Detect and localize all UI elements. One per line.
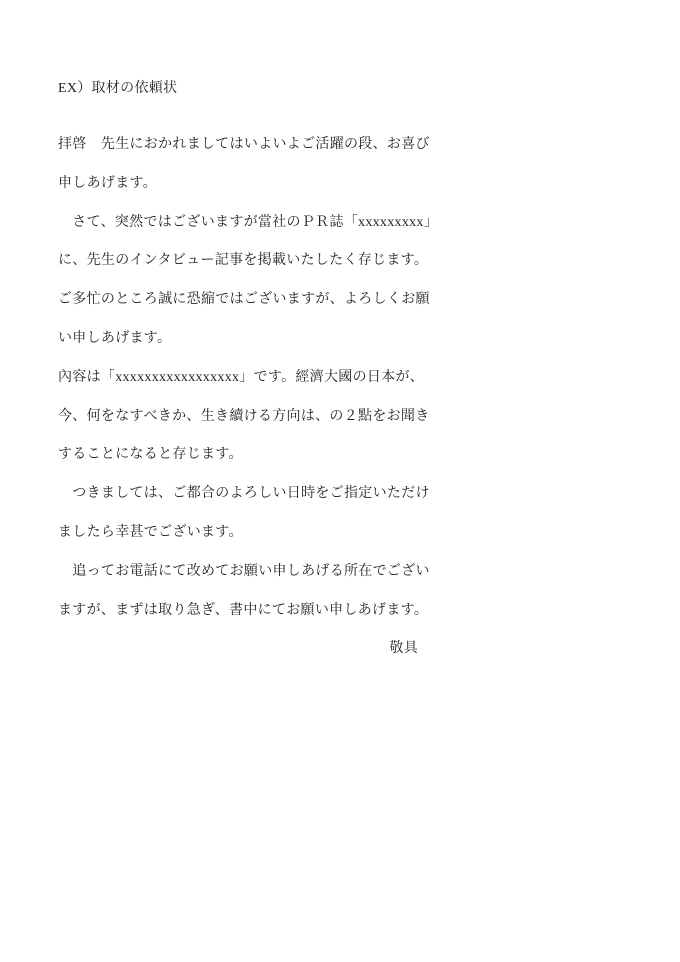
document-page: EX）取材の依頼状 拝啓 先生におかれましてはいよいよご活躍の段、お喜び 申しあ… xyxy=(0,0,680,962)
letter-line: 拝啓 先生におかれましてはいよいよご活躍の段、お喜び xyxy=(58,126,430,165)
letter-line: に、先生のインタビュー記事を掲載いたしたく存じます。 xyxy=(58,242,430,281)
letter-line: さて、突然ではございますが當社のＰＲ誌「xxxxxxxxx」 xyxy=(58,204,430,243)
letter-line: 今、何をなすべきか、生き續ける方向は、の２點をお聞き xyxy=(58,398,430,437)
letter-line: ましたら幸甚でございます。 xyxy=(58,514,430,553)
letter-line: ますが、まずは取り急ぎ、書中にてお願い申しあげます。 xyxy=(58,592,430,631)
letter-line: ご多忙のところ誠に恐縮ではございますが、よろしくお願 xyxy=(58,281,430,320)
letter-body: 拝啓 先生におかれましてはいよいよご活躍の段、お喜び 申しあげます。 さて、突然… xyxy=(58,126,430,669)
document-heading: EX）取材の依頼状 xyxy=(58,81,177,97)
letter-closing: 敬具 xyxy=(58,630,430,669)
letter-line: 追ってお電話にて改めてお願い申しあげる所在でござい xyxy=(58,553,430,592)
letter-line: することになると存じます。 xyxy=(58,436,430,475)
letter-line: い申しあげます。 xyxy=(58,320,430,359)
letter-line: 內容は「xxxxxxxxxxxxxxxxx」です。經濟大國の日本が、 xyxy=(58,359,430,398)
letter-line: 申しあげます。 xyxy=(58,165,430,204)
letter-line: つきましては、ご都合のよろしい日時をご指定いただけ xyxy=(58,475,430,514)
